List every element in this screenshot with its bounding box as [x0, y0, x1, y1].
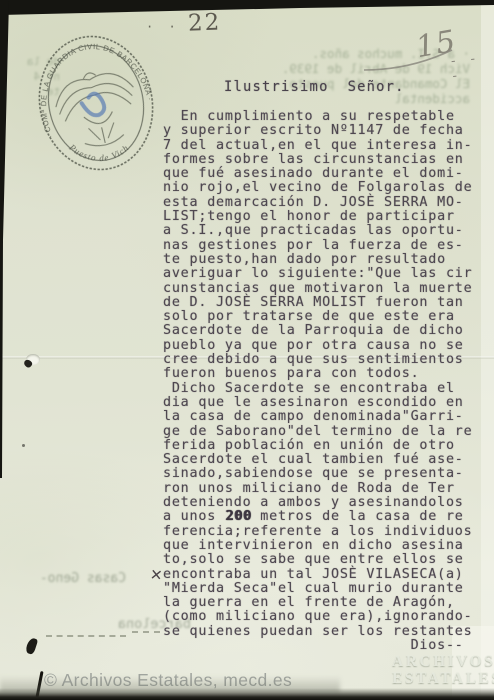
blue-ink-mark: [80, 92, 106, 118]
pencil-dashes: - - -: [449, 50, 494, 84]
scan-edge-bottom: [0, 688, 494, 700]
bold-overstrike-200: 200: [226, 510, 253, 524]
scanned-document-page: · a S.I. muchos años. Vich 19 de Abril d…: [0, 0, 494, 700]
stamp-inner-ring: [37, 36, 155, 170]
ink-speck: [22, 444, 25, 447]
bleedthrough-underline: [132, 631, 160, 633]
handwritten-page-number-22: 22: [188, 9, 222, 36]
salutation-line: Ilustrisimo Señor.: [224, 80, 405, 94]
pencil-dots: · ·: [146, 20, 180, 34]
stamp-ring-text: · COMª DE LA GUARDIA CIVIL DE BARCELONA …: [26, 30, 158, 140]
svg-text:· COMª DE LA GUARDIA CIVIL DE: · COMª DE LA GUARDIA CIVIL DE BARCELONA …: [26, 30, 158, 140]
letter-body-text: En cumplimiento a su respetable y superi…: [163, 110, 472, 653]
eagle-emblem-icon: [50, 64, 145, 154]
ink-blot: [25, 637, 39, 655]
bleedthrough-text-casas: Casas Geno-: [6, 571, 126, 586]
scan-edge-top: [0, 0, 494, 16]
handwritten-x-mark: ✕: [149, 565, 163, 584]
bleedthrough-underline: [46, 635, 126, 637]
archivos-estatales-watermark: ARCHIVOS ESTATALES: [392, 654, 494, 687]
page-edge-band: [481, 0, 494, 700]
